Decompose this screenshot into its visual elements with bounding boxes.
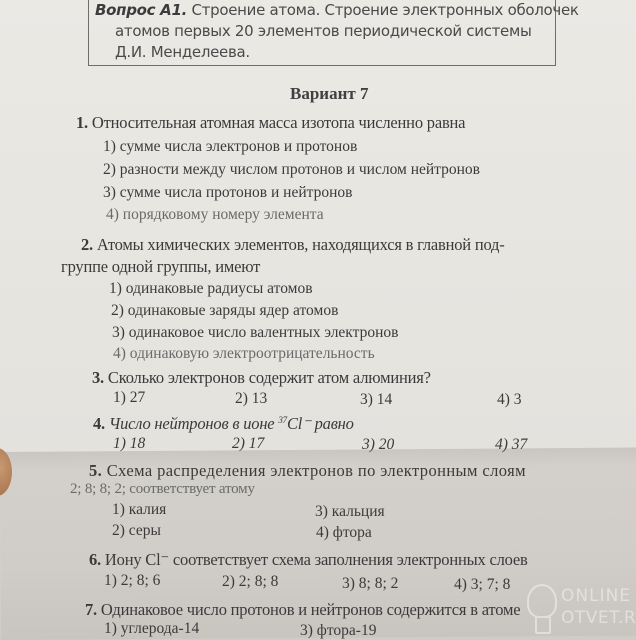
q1-option-2: 2) разности между числом протонов и числ… — [103, 161, 480, 179]
question-text: Относительная атомная масса изотопа числ… — [92, 113, 465, 132]
q3-option-1: 1) 27 — [113, 389, 145, 407]
question-text: Одинаковое число протонов и нейтронов со… — [101, 600, 520, 619]
question-text-before: Число нейтронов в ионе — [109, 414, 278, 433]
lightbulb-icon — [527, 584, 557, 618]
question-3: 3. Сколько электронов содержит атом алюм… — [92, 368, 431, 388]
question-number: 3. — [92, 368, 104, 387]
q1-option-3: 3) сумме числа протонов и нейтронов — [103, 184, 352, 202]
q6-option-4: 4) 3; 7; 8 — [454, 576, 510, 594]
q3-option-3: 3) 14 — [360, 391, 392, 409]
q6-option-2: 2) 2; 8; 8 — [222, 573, 278, 591]
lightbulb-base-icon — [535, 616, 551, 634]
q5-option-2: 2) серы — [112, 522, 161, 540]
question-6: 6. Иону Cl⁻ соответствует схема заполнен… — [89, 550, 528, 570]
q2-option-2: 2) одинаковые заряды ядер атомов — [111, 302, 338, 320]
q6-option-1: 1) 2; 8; 6 — [104, 572, 160, 590]
question-number: 6. — [89, 550, 101, 569]
question-number: 5. — [89, 461, 102, 480]
topic-label: Вопрос А1. — [95, 1, 187, 19]
q4-option-1: 1) 18 — [113, 435, 145, 453]
question-2: 2. Атомы химических элементов, находящих… — [81, 235, 505, 255]
q1-option-4: 4) порядковому номеру элемента — [106, 206, 324, 224]
topic-title-line-3: Д.И. Менделеева. — [95, 42, 555, 63]
question-2-continuation: группе одной группы, имеют — [61, 257, 260, 277]
question-text-after: равно — [311, 414, 354, 433]
q2-option-4: 4) одинаковую электроотрицательность — [113, 345, 375, 363]
q5-option-1: 1) калия — [112, 501, 166, 519]
question-5: 5. Схема распределения электронов по эле… — [89, 461, 526, 481]
q3-option-2: 2) 13 — [235, 390, 267, 408]
watermark-line-1: ONLINE — [561, 586, 631, 606]
question-text: Сколько электронов содержит атом алюмини… — [108, 368, 431, 387]
isotope-mass-number: 37 — [278, 415, 287, 425]
question-1: 1. Относительная атомная масса изотопа ч… — [76, 113, 465, 133]
question-number: 4. — [93, 414, 105, 433]
ion-symbol: Cl⁻ — [287, 414, 311, 433]
q7-option-3: 3) фтора-19 — [300, 622, 376, 640]
question-number: 7. — [85, 600, 97, 619]
watermark-line-2: OTVET.RU — [561, 608, 636, 628]
q3-option-4: 4) 3 — [497, 391, 522, 409]
topic-header-box: Вопрос А1. Строение атома. Строение элек… — [88, 0, 556, 66]
question-7: 7. Одинаковое число протонов и нейтронов… — [85, 600, 520, 620]
question-number: 1. — [76, 113, 88, 132]
question-text: Иону Cl⁻ соответствует схема заполнения … — [105, 550, 528, 569]
topic-title-line-2: атомов первых 20 элементов периодической… — [95, 21, 555, 42]
q2-option-1: 1) одинаковые радиусы атомов — [109, 280, 313, 298]
q7-option-1: 1) углерода-14 — [104, 620, 199, 638]
q6-option-3: 3) 8; 8; 2 — [342, 575, 398, 593]
question-text: Атомы химических элементов, находящихся … — [97, 235, 505, 254]
q1-option-1: 1) сумме числа электронов и протонов — [103, 138, 357, 156]
question-5-continuation: 2; 8; 8; 2; соответствует атому — [70, 481, 255, 498]
q5-option-3: 3) кальция — [315, 503, 385, 521]
variant-title: Вариант 7 — [290, 84, 368, 104]
watermark: ONLINE OTVET.RU — [525, 582, 636, 638]
q4-option-4: 4) 37 — [495, 436, 527, 454]
question-text: Схема распределения электронов по электр… — [107, 461, 526, 480]
q2-option-3: 3) одинаковое число валентных электронов — [112, 324, 398, 342]
question-4: 4. Число нейтронов в ионе 37Cl⁻ равно — [93, 414, 354, 434]
q4-option-3: 3) 20 — [362, 436, 394, 454]
question-number: 2. — [81, 235, 93, 254]
q5-option-4: 4) фтора — [316, 524, 372, 542]
q4-option-2: 2) 17 — [232, 435, 264, 453]
topic-title-line-1: Строение атома. Строение электронных обо… — [191, 1, 578, 19]
